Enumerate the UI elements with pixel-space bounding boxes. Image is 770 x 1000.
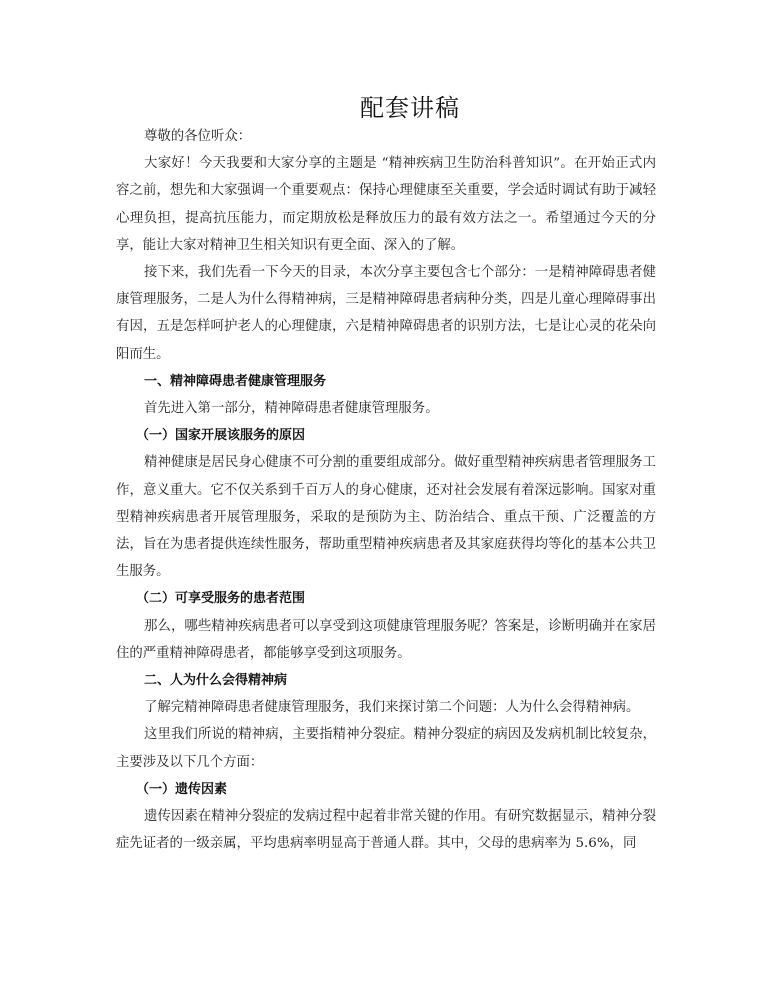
paragraph-outline: 接下来，我们先看一下今天的目录，本次分享主要包含七个部分：一是精神障碍患者健康管…: [116, 259, 656, 368]
paragraph-section-1-intro: 首先进入第一部分，精神障碍患者健康管理服务。: [116, 395, 656, 422]
subheading-2-1: （一）遗传因素: [116, 776, 656, 803]
subheading-1-2: （二）可享受服务的患者范围: [116, 585, 656, 612]
paragraph-section-2-intro: 了解完精神障碍患者健康管理服务，我们来探讨第二个问题：人为什么会得精神病。: [116, 694, 656, 721]
document-page: 配套讲稿 尊敬的各位听众： 大家好！今天我要和大家分享的主题是 “精神疾病卫生防…: [0, 0, 770, 1000]
subheading-1-1: （一）国家开展该服务的原因: [116, 422, 656, 449]
paragraph-service-scope: 那么，哪些精神疾病患者可以享受到这项健康管理服务呢？答案是，诊断明确并在家居住的…: [116, 613, 656, 667]
paragraph-greeting: 尊敬的各位听众：: [116, 123, 656, 150]
document-title: 配套讲稿: [0, 88, 770, 123]
paragraph-service-reason: 精神健康是居民身心健康不可分割的重要组成部分。做好重型精神疾病患者管理服务工作，…: [116, 449, 656, 585]
document-body: 尊敬的各位听众： 大家好！今天我要和大家分享的主题是 “精神疾病卫生防治科普知识…: [116, 123, 656, 857]
paragraph-genetic-factors: 遗传因素在精神分裂症的发病过程中起着非常关键的作用。有研究数据显示，精神分裂症先…: [116, 803, 656, 857]
section-heading-1: 一、精神障碍患者健康管理服务: [116, 368, 656, 395]
paragraph-intro: 大家好！今天我要和大家分享的主题是 “精神疾病卫生防治科普知识”。在开始正式内容…: [116, 150, 656, 259]
paragraph-schizophrenia: 这里我们所说的精神病，主要指精神分裂症。精神分裂症的病因及发病机制比较复杂，主要…: [116, 721, 656, 775]
section-heading-2: 二、人为什么会得精神病: [116, 667, 656, 694]
